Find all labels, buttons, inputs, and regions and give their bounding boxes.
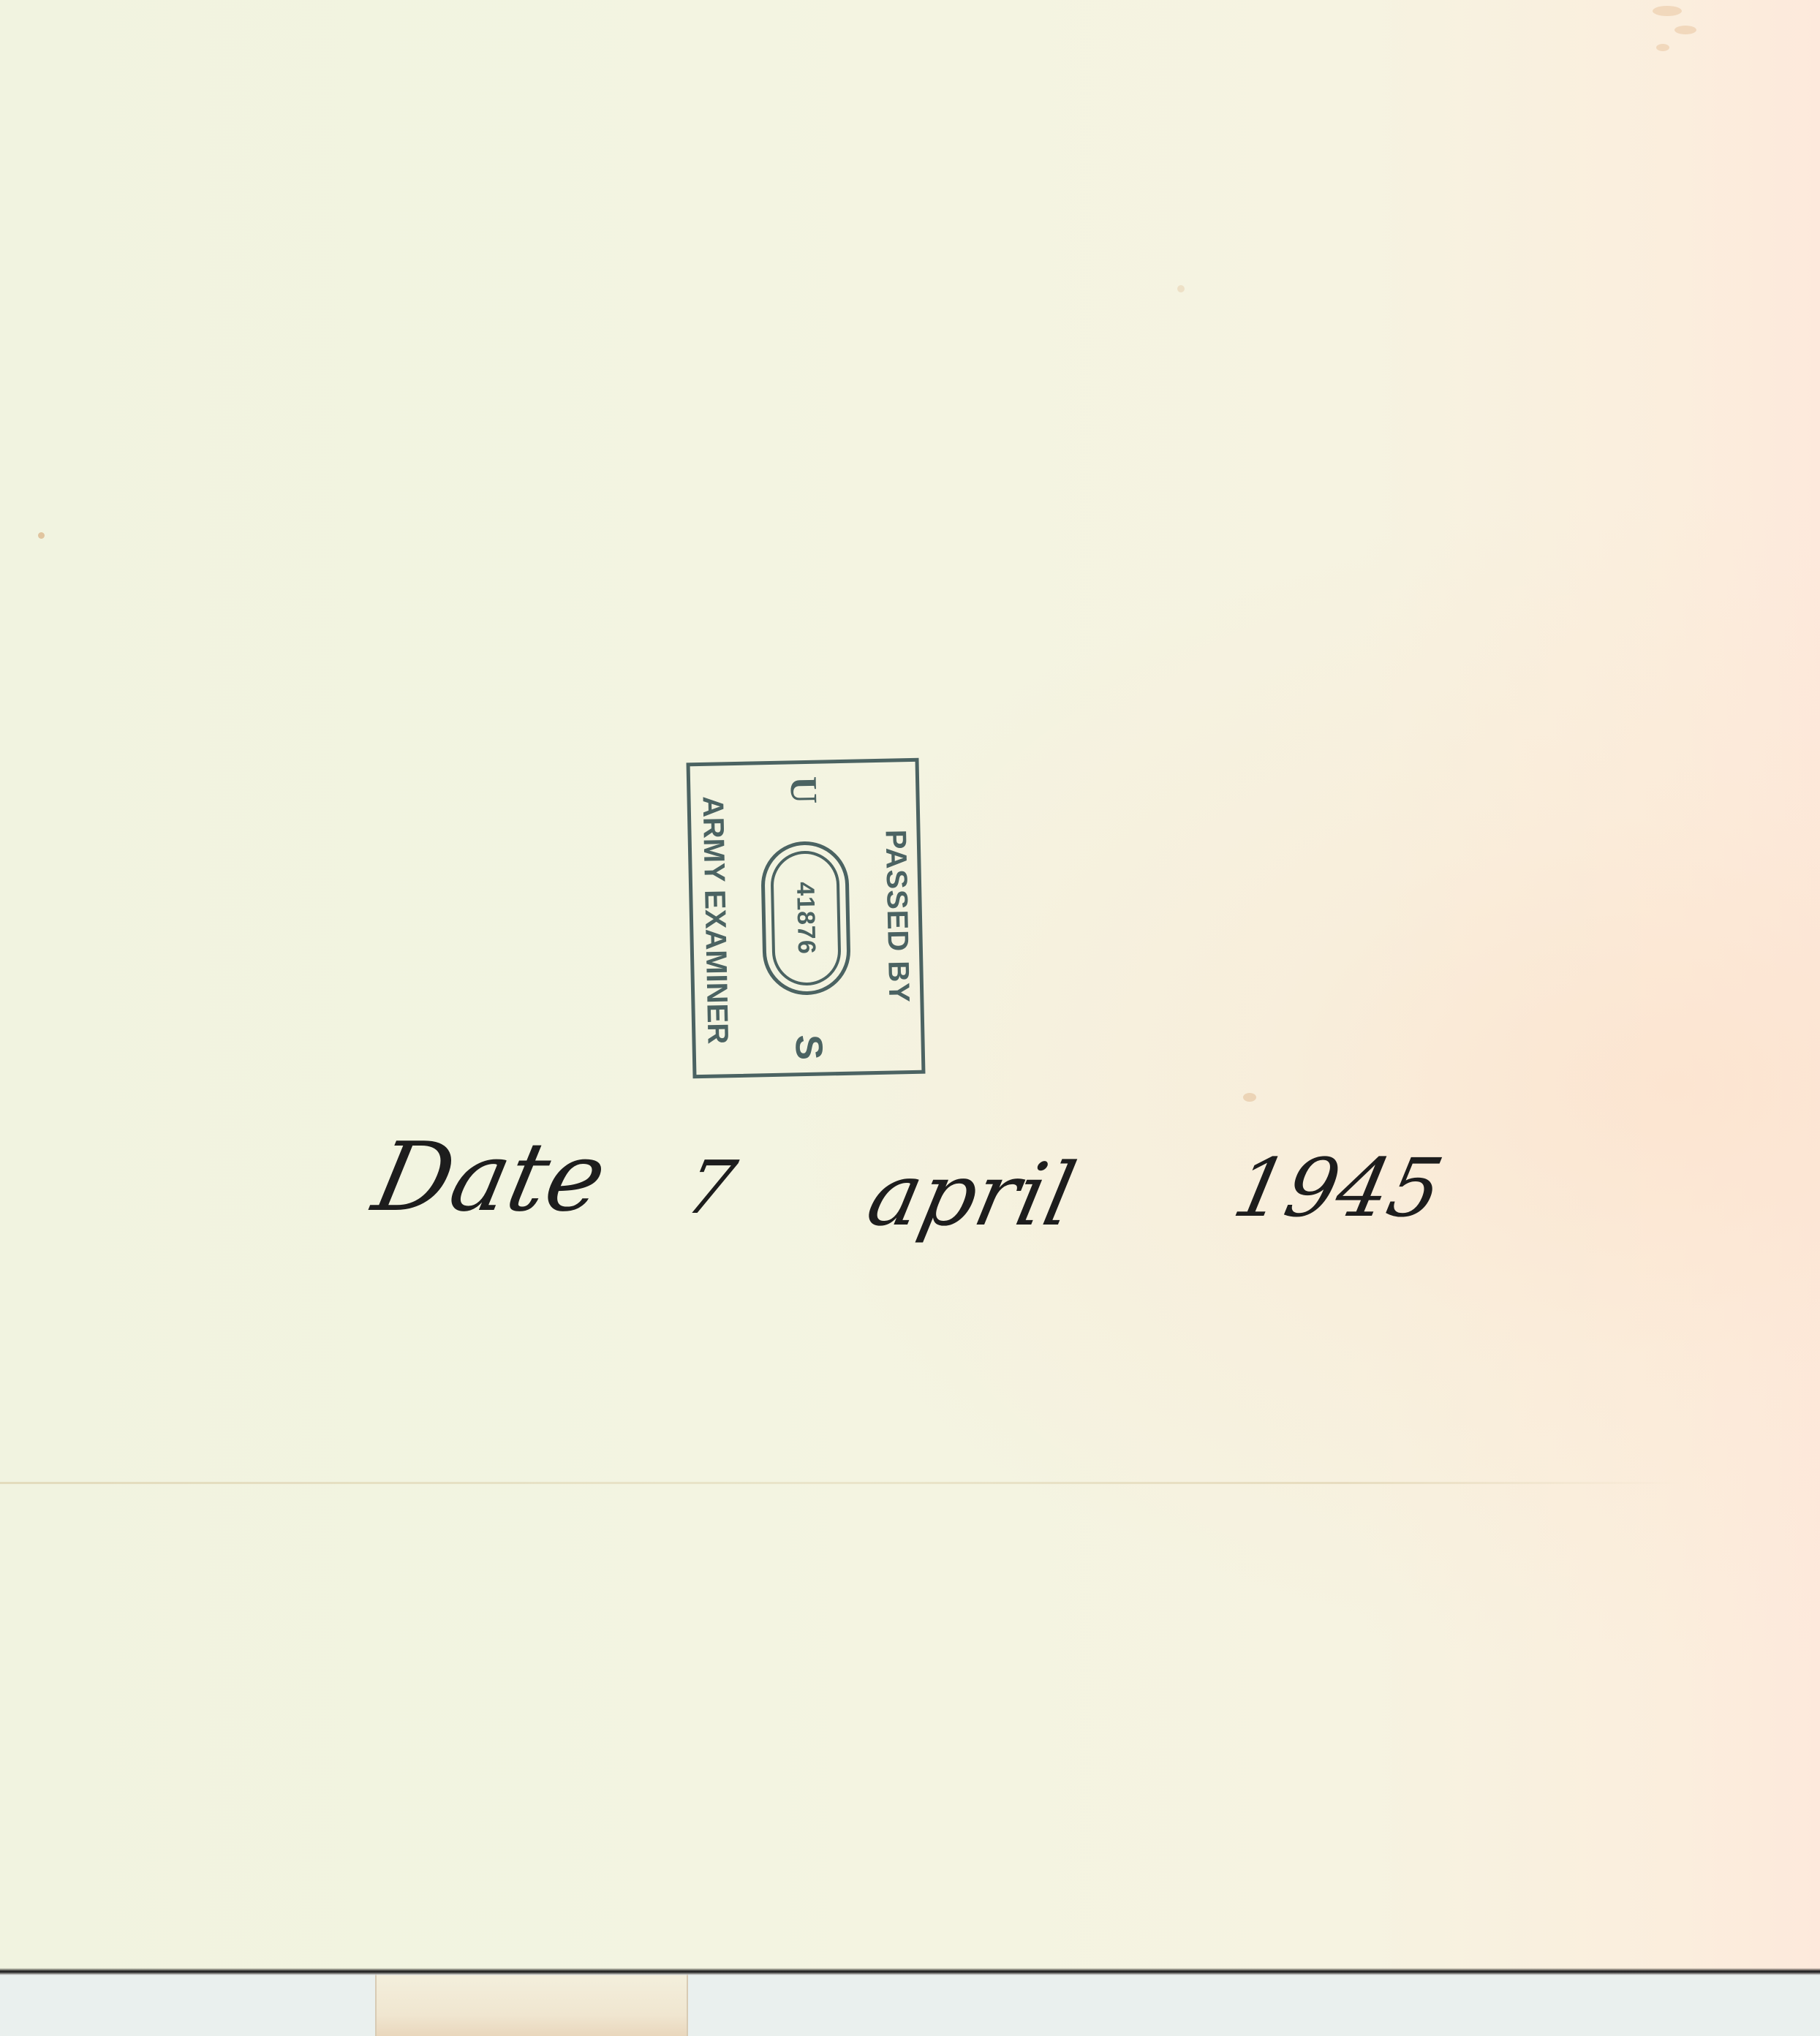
foxing-spot (1674, 26, 1696, 34)
fold-line (0, 1482, 1682, 1484)
stamp-oval: 41876 (760, 841, 851, 996)
foxing-spot (1243, 1093, 1256, 1102)
foxing-spot (1653, 6, 1682, 16)
stamp-letter-s: S (786, 1034, 831, 1061)
paper-bottom-tab (375, 1967, 688, 2036)
foxing-spot (1177, 285, 1185, 292)
handwritten-day: 7 (679, 1151, 741, 1225)
foxing-spot (38, 532, 45, 539)
army-examiner-stamp: PASSED BY U 41876 S ARMY EXAMINER (687, 758, 926, 1079)
foxing-spot (1656, 44, 1669, 51)
paper-sheet: PASSED BY U 41876 S ARMY EXAMINER Date 7… (0, 0, 1820, 1974)
stamp-letter-u: U (781, 776, 825, 804)
stamp-passed-by-text: PASSED BY (877, 758, 916, 1075)
handwritten-year: 1945 (1227, 1148, 1449, 1228)
stamp-number: 41876 (770, 850, 842, 986)
handwritten-month: april (861, 1151, 1082, 1238)
handwritten-date-label: Date (366, 1129, 614, 1225)
paper-bottom-edge (0, 1968, 1820, 1975)
stamp-army-examiner-text: ARMY EXAMINER (695, 762, 735, 1078)
